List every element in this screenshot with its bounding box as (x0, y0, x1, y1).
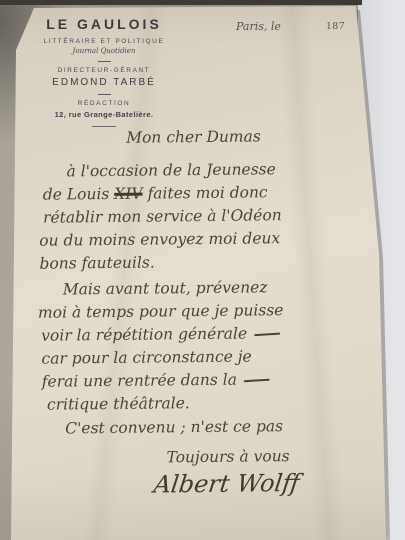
body-line-6: Mais avant tout, prévenez (63, 275, 378, 301)
redaction-address: 12, rue Grange-Batelière. (36, 110, 172, 119)
agreement-line: C'est convenu ; n'est ce pas (65, 414, 379, 440)
director-label: DIRECTEUR-GÉRANT (36, 67, 172, 74)
body-line-2-after: faites moi donc (143, 183, 268, 202)
dateline-year: 187 (326, 20, 346, 32)
letterhead: LE GAULOIS LITTÉRAIRE ET POLITIQUE Journ… (36, 16, 172, 127)
letterhead-subtitle: LITTÉRAIRE ET POLITIQUE (36, 38, 172, 45)
struck-word: XIV (114, 185, 143, 203)
journal-line: Journal Quotidien (36, 47, 172, 55)
body-line-1: à l'occasion de la Jeunesse (66, 157, 376, 183)
photo-of-letter: LE GAULOIS LITTÉRAIRE ET POLITIQUE Journ… (0, 0, 405, 540)
photo-top-edge (0, 0, 362, 5)
redaction-label: RÉDACTION (36, 100, 172, 107)
masthead-title: LE GAULOIS (36, 16, 172, 32)
closing-line: Toujours à vous (166, 444, 379, 469)
body-line-11: critique théâtrale. (47, 390, 379, 416)
letterhead-divider-2 (98, 94, 111, 95)
body-line-2-before: de Louis (43, 185, 115, 204)
salutation: Mon cher Dumas (126, 124, 376, 150)
dateline-place: Paris, le (236, 20, 281, 33)
body-line-5: bons fauteuils. (39, 249, 377, 276)
signature: Albert Wolff (152, 471, 381, 496)
handwritten-letter: Mon cher Dumas à l'occasion de la Jeunes… (28, 124, 380, 498)
letter-paper: LE GAULOIS LITTÉRAIRE ET POLITIQUE Journ… (8, 4, 388, 540)
director-name: EDMOND TARBÉ (36, 77, 172, 88)
letterhead-divider-1 (98, 61, 111, 62)
